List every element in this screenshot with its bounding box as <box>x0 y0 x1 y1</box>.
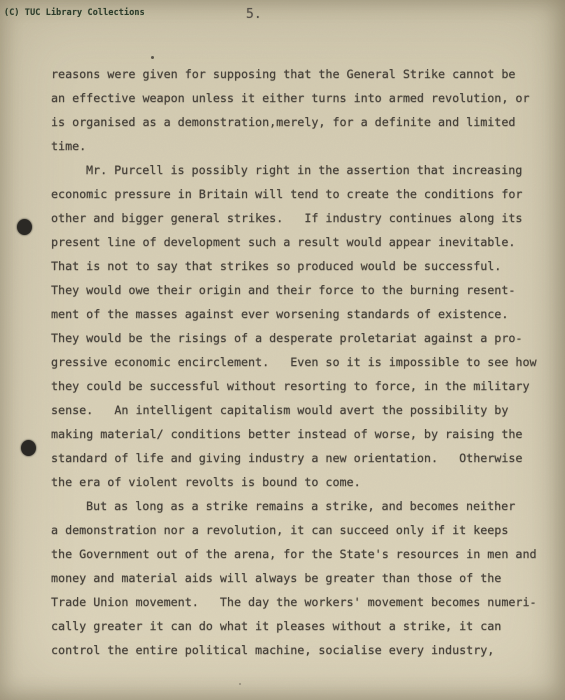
stray-period-mark <box>151 56 154 59</box>
text-line: That is not to say that strikes so produ… <box>51 254 551 278</box>
text-line: money and material aids will always be g… <box>51 566 551 590</box>
text-line: a demonstration nor a revolution, it can… <box>51 518 551 542</box>
text-line: is organised as a demonstration,merely, … <box>51 110 551 134</box>
scanned-document-page: (C) TUC Library Collections 5. reasons w… <box>0 0 565 700</box>
hole-punch-top <box>17 219 32 235</box>
text-line: making material/ conditions better inste… <box>51 422 551 446</box>
text-line: They would be the risings of a desperate… <box>51 326 551 350</box>
text-line: cally greater it can do what it pleases … <box>51 614 551 638</box>
text-line: standard of life and giving industry a n… <box>51 446 551 470</box>
text-line: reasons were given for supposing that th… <box>51 62 551 86</box>
text-line: They would owe their origin and their fo… <box>51 278 551 302</box>
text-line: economic pressure in Britain will tend t… <box>51 182 551 206</box>
page-number: 5. <box>246 7 262 22</box>
text-line: ment of the masses against ever worsenin… <box>51 302 551 326</box>
text-line: time. <box>51 134 551 158</box>
text-line: sense. An intelligent capitalism would a… <box>51 398 551 422</box>
typewritten-text-block: reasons were given for supposing that th… <box>51 62 551 662</box>
library-watermark: (C) TUC Library Collections <box>4 8 145 18</box>
ink-speck <box>239 683 241 685</box>
text-line: Trade Union movement. The day the worker… <box>51 590 551 614</box>
hole-punch-bottom <box>21 440 36 456</box>
text-line: the Government out of the arena, for the… <box>51 542 551 566</box>
text-line: they could be successful without resorti… <box>51 374 551 398</box>
text-line: gressive economic encirclement. Even so … <box>51 350 551 374</box>
text-line: present line of development such a resul… <box>51 230 551 254</box>
text-line: an effective weapon unless it either tur… <box>51 86 551 110</box>
text-line-paragraph-start: But as long as a strike remains a strike… <box>51 494 551 518</box>
text-line: other and bigger general strikes. If ind… <box>51 206 551 230</box>
text-line: the era of violent revolts is bound to c… <box>51 470 551 494</box>
text-line: control the entire political machine, so… <box>51 638 551 662</box>
text-line-paragraph-start: Mr. Purcell is possibly right in the ass… <box>51 158 551 182</box>
